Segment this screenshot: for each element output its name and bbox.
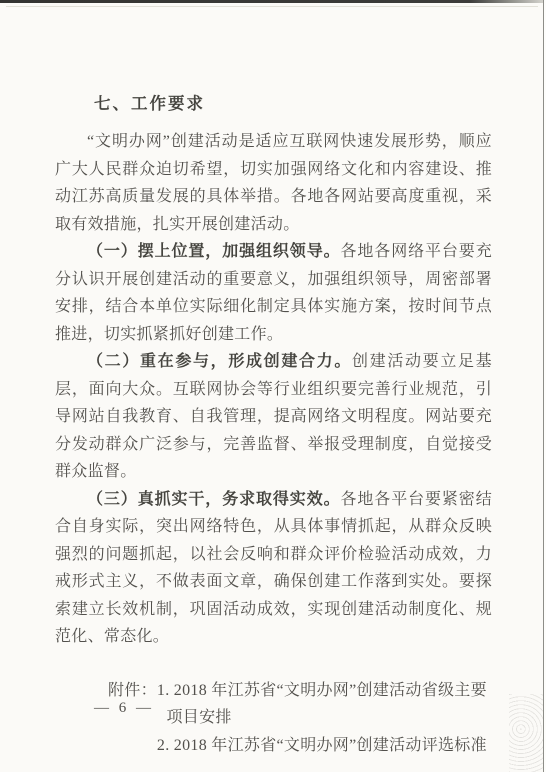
scan-top-line <box>6 6 538 7</box>
attachment-item-1: 1. 2018 年江苏省“文明办网”创建活动省级主要项目安排 <box>157 677 492 732</box>
scan-top-edge <box>0 0 546 3</box>
scanned-document-page: 七、工作要求 “文明办网”创建活动是适应互联网快速发展形势，顺应广大人民群众迫切… <box>0 0 546 772</box>
paragraph-text: “文明办网”创建活动是适应互联网快速发展形势，顺应广大人民群众迫切希望，切实加强… <box>55 133 492 233</box>
paragraph-lead: （一）摆上位置，加强组织领导。 <box>87 243 341 260</box>
paragraph-item-2: （二）重在参与，形成创建合力。创建活动要立足基层，面向大众。互联网协会等行业组织… <box>55 348 492 486</box>
attachment-label: 附件： <box>108 677 157 760</box>
paragraph-intro: “文明办网”创建活动是适应互联网快速发展形势，顺应广大人民群众迫切希望，切实加强… <box>55 128 492 238</box>
document-body: 七、工作要求 “文明办网”创建活动是适应互联网快速发展形势，顺应广大人民群众迫切… <box>55 94 492 759</box>
scan-right-edge <box>543 0 545 772</box>
page-number: — 6 — <box>94 700 154 717</box>
attachment-item-2: 2. 2018 年江苏省“文明办网”创建活动评选标准 <box>157 732 492 760</box>
paragraph-text: 创建活动要立足基层，面向大众。互联网协会等行业组织要完善行业规范，引导网站自我教… <box>55 353 492 480</box>
scan-noise-artifact <box>509 694 543 772</box>
attachment-block: 附件： 1. 2018 年江苏省“文明办网”创建活动省级主要项目安排 2. 20… <box>108 677 492 760</box>
attachment-list: 1. 2018 年江苏省“文明办网”创建活动省级主要项目安排 2. 2018 年… <box>157 677 492 760</box>
paragraph-item-3: （三）真抓实干，务求取得实效。各地各平台要紧密结合自身实际，突出网络特色，从具体… <box>55 486 492 651</box>
paragraph-lead: （二）重在参与，形成创建合力。 <box>87 353 352 370</box>
section-heading: 七、工作要求 <box>55 94 492 114</box>
paragraph-text: 各地各平台要紧密结合自身实际，突出网络特色，从具体事情抓起，从群众反映强烈的问题… <box>55 491 492 646</box>
paragraph-item-1: （一）摆上位置，加强组织领导。各地各网络平台要充分认识开展创建活动的重要意义，加… <box>55 238 492 348</box>
paragraph-lead: （三）真抓实干，务求取得实效。 <box>87 491 341 508</box>
